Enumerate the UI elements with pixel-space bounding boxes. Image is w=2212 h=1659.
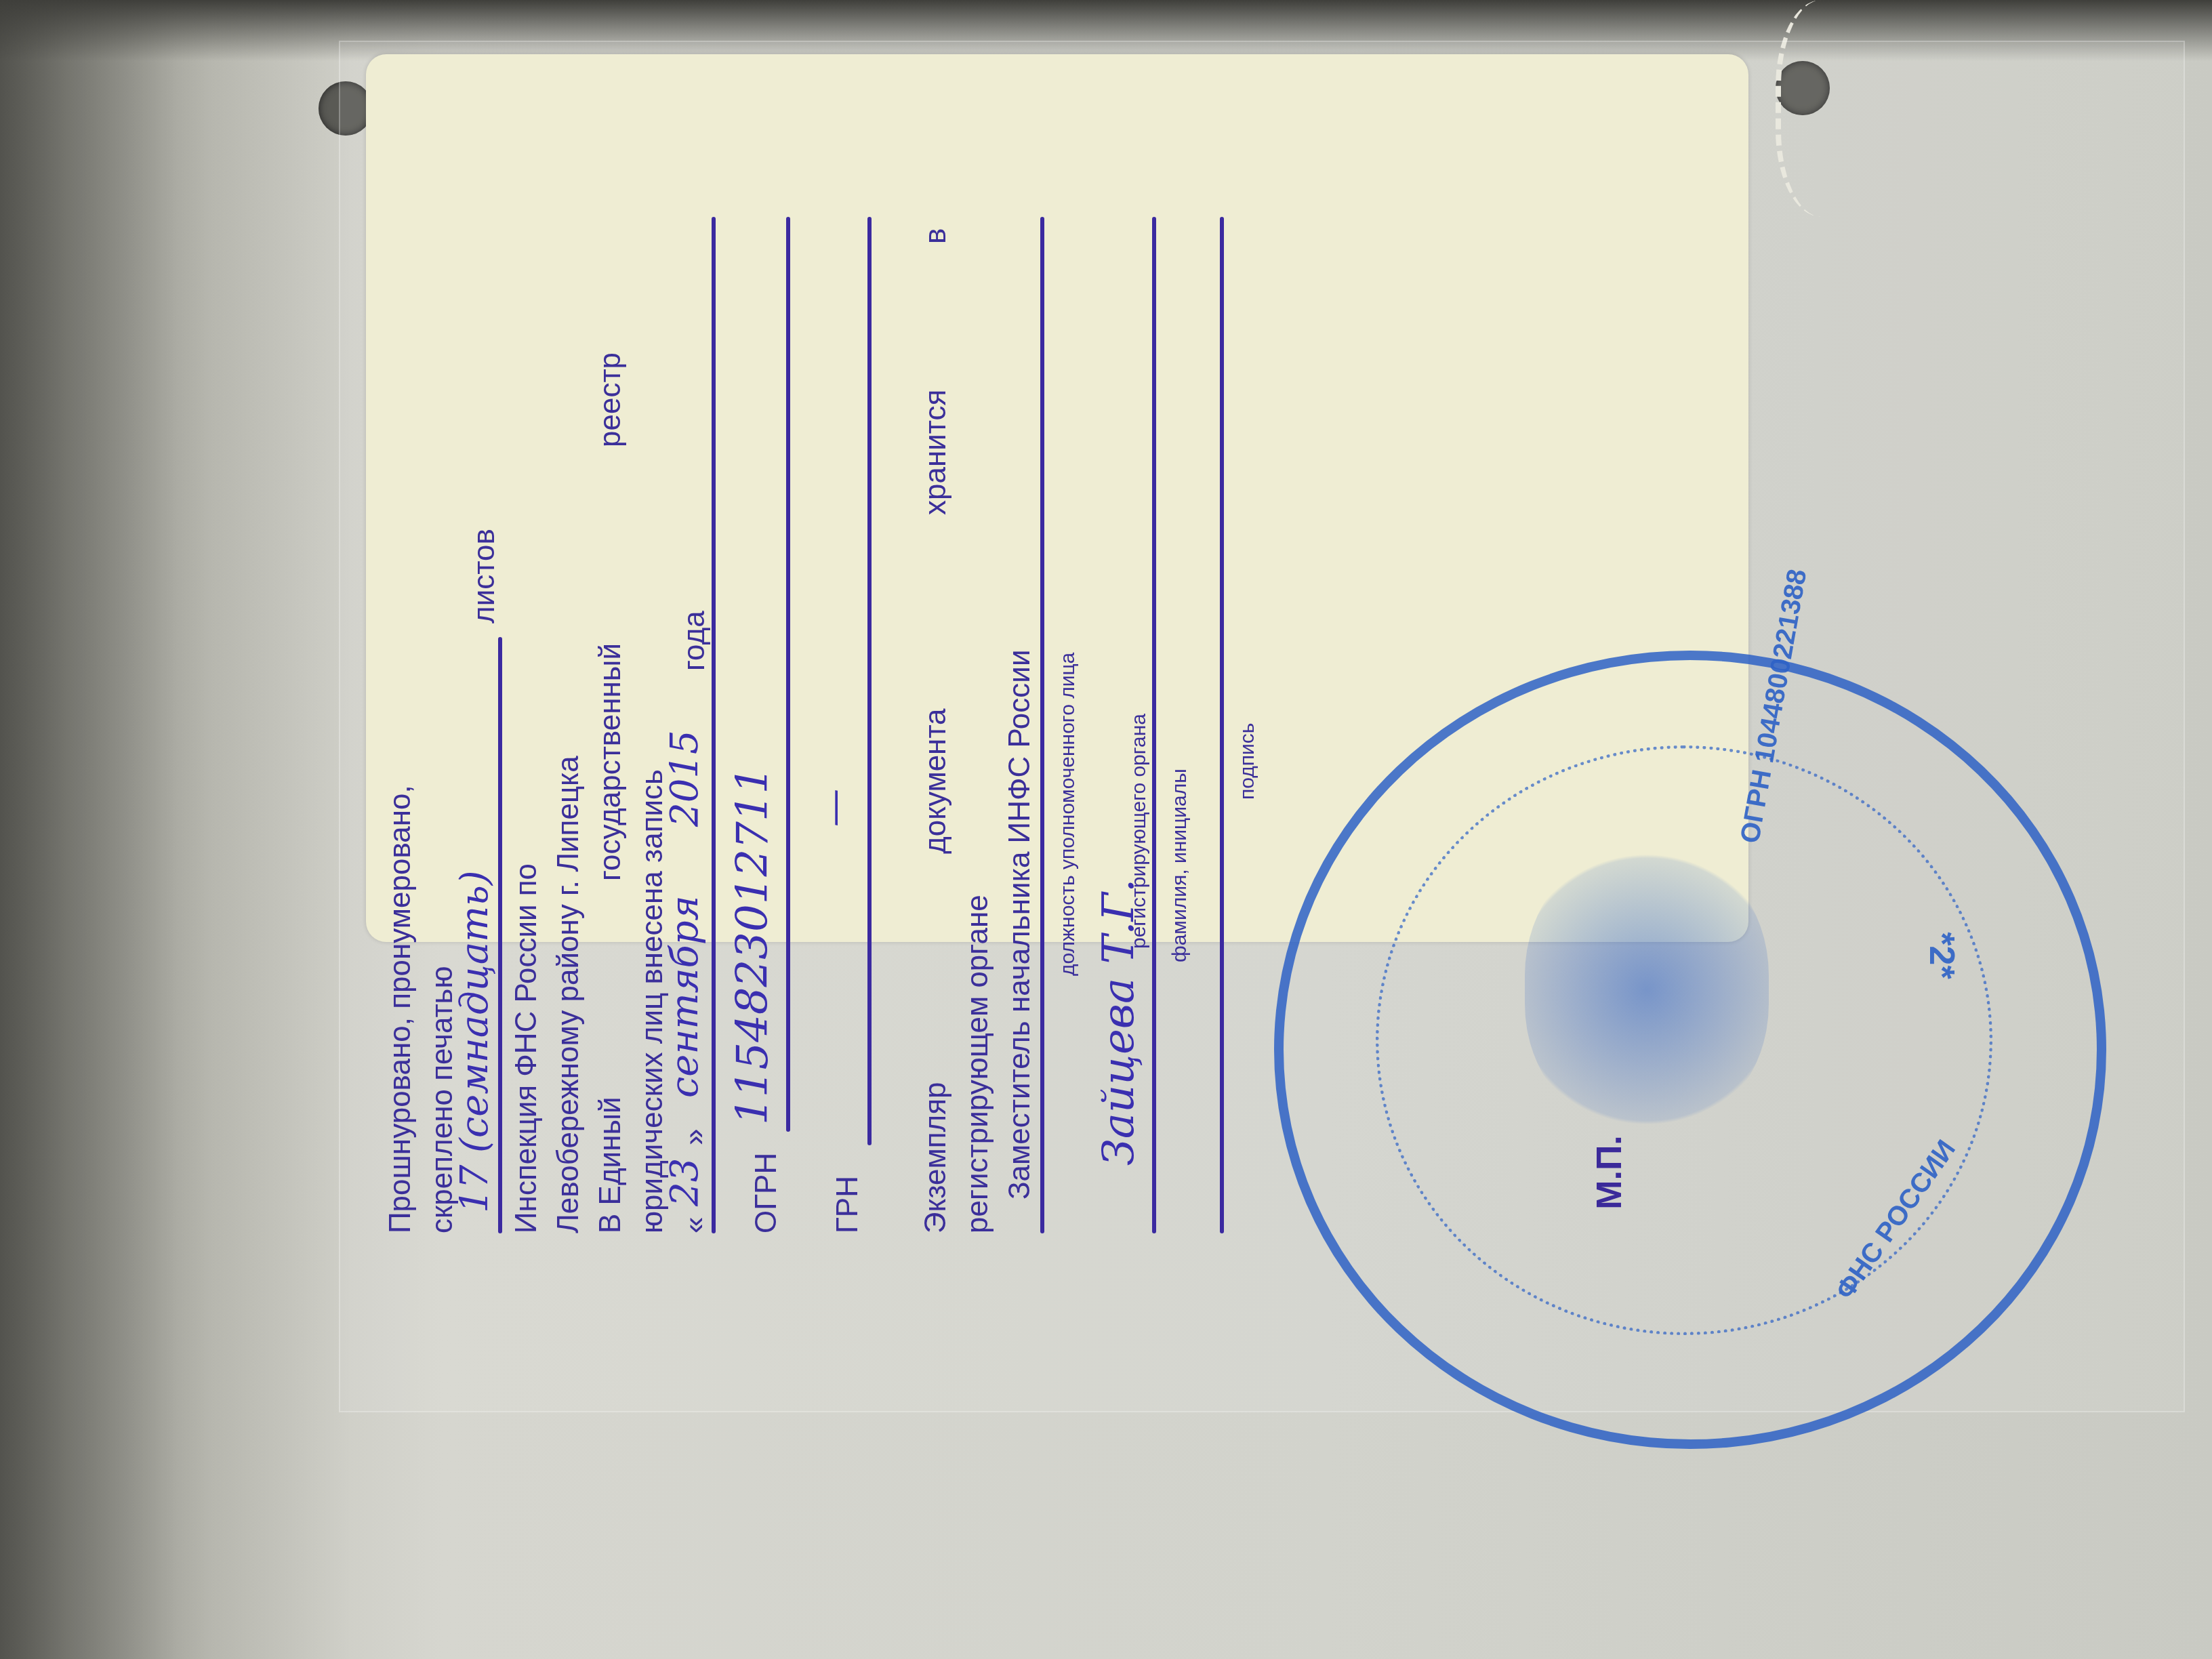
date-month: сентября: [664, 895, 706, 1098]
line-register-c: реестр: [590, 352, 632, 447]
grn-value: —: [813, 789, 855, 827]
seal-place-mark: М.П.: [1589, 1135, 1630, 1210]
underline: [1220, 217, 1224, 1233]
stamp-number: *2*: [1921, 932, 1962, 979]
line-position: Заместитель начальника ИНФС России: [999, 650, 1041, 1200]
date-year: 2015: [664, 730, 706, 827]
signer-name: Зайцева Т.Г.: [1098, 879, 1140, 1166]
line-register-b: государственный: [590, 643, 632, 881]
copy-d: в: [915, 228, 957, 244]
underline: [1152, 217, 1156, 1233]
date-close-quote: »: [674, 1129, 716, 1145]
ogrn-label: ОГРН: [745, 1153, 787, 1233]
copy-b: документа: [915, 708, 957, 854]
line-district: Левобережному району г. Липецка: [548, 756, 590, 1233]
copy-a: Экземпляр: [915, 1082, 957, 1233]
caption-name: фамилия, инициалы: [1159, 769, 1201, 962]
grn-label: ГРН: [827, 1176, 869, 1233]
underline: [1040, 217, 1044, 1233]
copy-c: хранится: [915, 390, 957, 515]
eagle-emblem-icon: [1525, 847, 1769, 1132]
pages-suffix: листов: [464, 529, 506, 623]
pages-count: 17 (семнадцать): [454, 870, 496, 1213]
background-shadow: [0, 0, 352, 1659]
date-year-suffix: года: [674, 611, 716, 671]
line-bound: Прошнуровано, пронумеровано,: [380, 785, 422, 1233]
line-register-a: В Единый: [590, 1097, 632, 1233]
underline: [498, 637, 502, 1233]
document-text: Прошнуровано, пронумеровано, скреплено п…: [380, 203, 1274, 1233]
line-registering-body: регистрирующем органе: [957, 895, 999, 1233]
line-inspection: Инспекция ФНС России по: [506, 863, 548, 1233]
caption-position: должность уполномоченного лица: [1047, 653, 1089, 976]
underline: [867, 217, 872, 1145]
date-day: 23: [664, 1158, 706, 1206]
caption-signature: подпись: [1227, 723, 1269, 800]
underline: [786, 217, 790, 1132]
date-open-quote: «: [674, 1217, 716, 1233]
underline: [712, 217, 716, 1233]
ogrn-value: 1154823012711: [732, 766, 774, 1125]
